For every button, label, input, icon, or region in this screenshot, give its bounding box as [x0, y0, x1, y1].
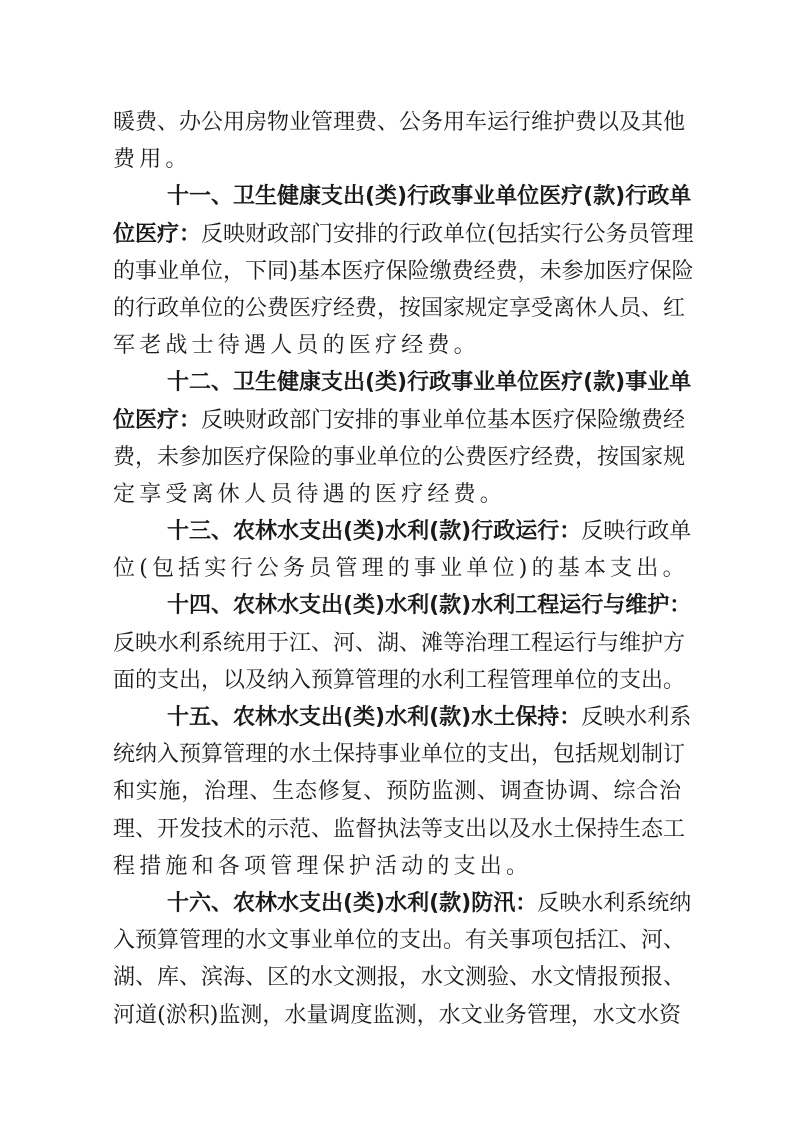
- text-line: 湖、库、滨海、区的水文测报，水文测验、水文情报预报、: [113, 959, 681, 996]
- text-line: 河道(淤积)监测，水量调度监测，水文业务管理，水文水资: [113, 997, 681, 1034]
- text-line: 位医疗：反映财政部门安排的事业单位基本医疗保险缴费经: [113, 402, 681, 439]
- text-line: 位(包括实行公务员管理的事业单位)的基本支出。: [113, 550, 681, 587]
- text-line: 暖费、办公用房物业管理费、公务用车运行维护费以及其他: [113, 104, 681, 141]
- text-line: 程措施和各项管理保护活动的支出。: [113, 848, 681, 885]
- text-line: 的行政单位的公费医疗经费，按国家规定享受离休人员、红: [113, 290, 681, 327]
- text-line: 位医疗：反映财政部门安排的行政单位(包括实行公务员管理: [113, 216, 681, 253]
- section-heading-fourteen: 十四、农林水支出(类)水利(款)水利工程运行与维护：: [113, 587, 681, 624]
- section-heading-fifteen: 十五、农林水支出(类)水利(款)水土保持：反映水利系: [113, 699, 681, 736]
- document-page: 暖费、办公用房物业管理费、公务用车运行维护费以及其他 费用。 十一、卫生健康支出…: [113, 104, 681, 1034]
- text-line: 理、开发技术的示范、监督执法等支出以及水土保持生态工: [113, 811, 681, 848]
- text-line: 统纳入预算管理的水土保持事业单位的支出，包括规划制订: [113, 736, 681, 773]
- text-line: 费，未参加医疗保险的事业单位的公费医疗经费，按国家规: [113, 439, 681, 476]
- section-heading-eleven: 十一、卫生健康支出(类)行政事业单位医疗(款)行政单: [113, 178, 681, 215]
- text-line: 定享受离休人员待遇的医疗经费。: [113, 476, 681, 513]
- text-line: 费用。: [113, 141, 681, 178]
- text-line: 的事业单位，下同)基本医疗保险缴费经费，未参加医疗保险: [113, 253, 681, 290]
- section-heading-sixteen: 十六、农林水支出(类)水利(款)防汛：反映水利系统纳: [113, 885, 681, 922]
- text-line: 面的支出，以及纳入预算管理的水利工程管理单位的支出。: [113, 662, 681, 699]
- section-heading-thirteen: 十三、农林水支出(类)水利(款)行政运行：反映行政单: [113, 513, 681, 550]
- text-line: 军老战士待遇人员的医疗经费。: [113, 327, 681, 364]
- section-heading-twelve: 十二、卫生健康支出(类)行政事业单位医疗(款)事业单: [113, 364, 681, 401]
- text-line: 反映水利系统用于江、河、湖、滩等治理工程运行与维护方: [113, 625, 681, 662]
- text-line: 入预算管理的水文事业单位的支出。有关事项包括江、河、: [113, 922, 681, 959]
- text-line: 和实施，治理、生态修复、预防监测、调查协调、综合治: [113, 773, 681, 810]
